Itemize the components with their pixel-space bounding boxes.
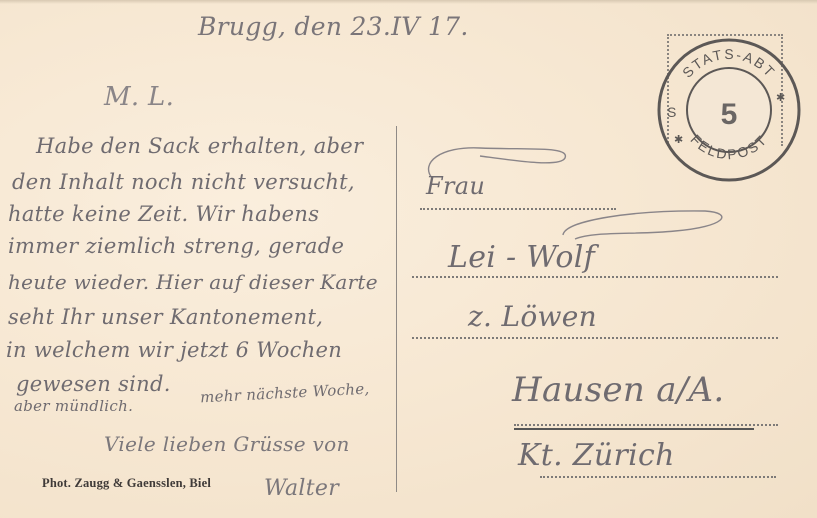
margin-note: mehr nächste Woche, <box>200 380 370 407</box>
message-line-8: gewesen sind. <box>16 372 171 396</box>
message-line-2: den Inhalt noch nicht versucht, <box>12 170 355 194</box>
svg-text:S: S <box>667 104 676 120</box>
address-rule-3 <box>412 337 778 339</box>
address-line-3: z. Löwen <box>468 300 597 333</box>
message-address-divider <box>396 126 397 492</box>
address-rule-5 <box>540 476 776 478</box>
address-underline <box>514 428 754 430</box>
message-line-4: immer ziemlich streng, gerade <box>8 234 344 258</box>
address-line-2: Lei - Wolf <box>448 240 595 275</box>
address-line-4: Hausen a/A. <box>512 370 724 410</box>
message-line-6: seht Ihr unser Kantonement, <box>8 305 323 329</box>
place-date: Brugg, den 23.IV 17. <box>198 12 469 41</box>
address-rule-4 <box>514 424 778 426</box>
feldpost-postmark-icon: STATS-ABT FELDPOST S ✱ ✱ 5 <box>656 37 802 183</box>
address-line-5: Kt. Zürich <box>518 438 675 473</box>
postcard-back: Brugg, den 23.IV 17. M. L. Habe den Sack… <box>0 0 817 518</box>
address-rule-2 <box>412 276 778 278</box>
closing: Viele lieben Grüsse von <box>104 432 350 456</box>
message-line-3: hatte keine Zeit. Wir habens <box>8 202 319 226</box>
message-line-5: heute wieder. Hier auf dieser Karte <box>8 270 378 294</box>
address-line-1: Frau <box>426 172 485 200</box>
message-line-7: in welchem wir jetzt 6 Wochen <box>6 338 342 362</box>
publisher-imprint: Phot. Zaugg & Gaensslen, Biel <box>42 476 211 491</box>
salutation: M. L. <box>104 82 174 112</box>
svg-text:5: 5 <box>721 98 738 131</box>
message-line-9: aber mündlich. <box>14 397 133 415</box>
signature: Walter <box>264 476 339 501</box>
svg-text:✱: ✱ <box>674 134 683 146</box>
svg-text:✱: ✱ <box>776 92 785 104</box>
message-line-1: Habe den Sack erhalten, aber <box>36 134 363 158</box>
